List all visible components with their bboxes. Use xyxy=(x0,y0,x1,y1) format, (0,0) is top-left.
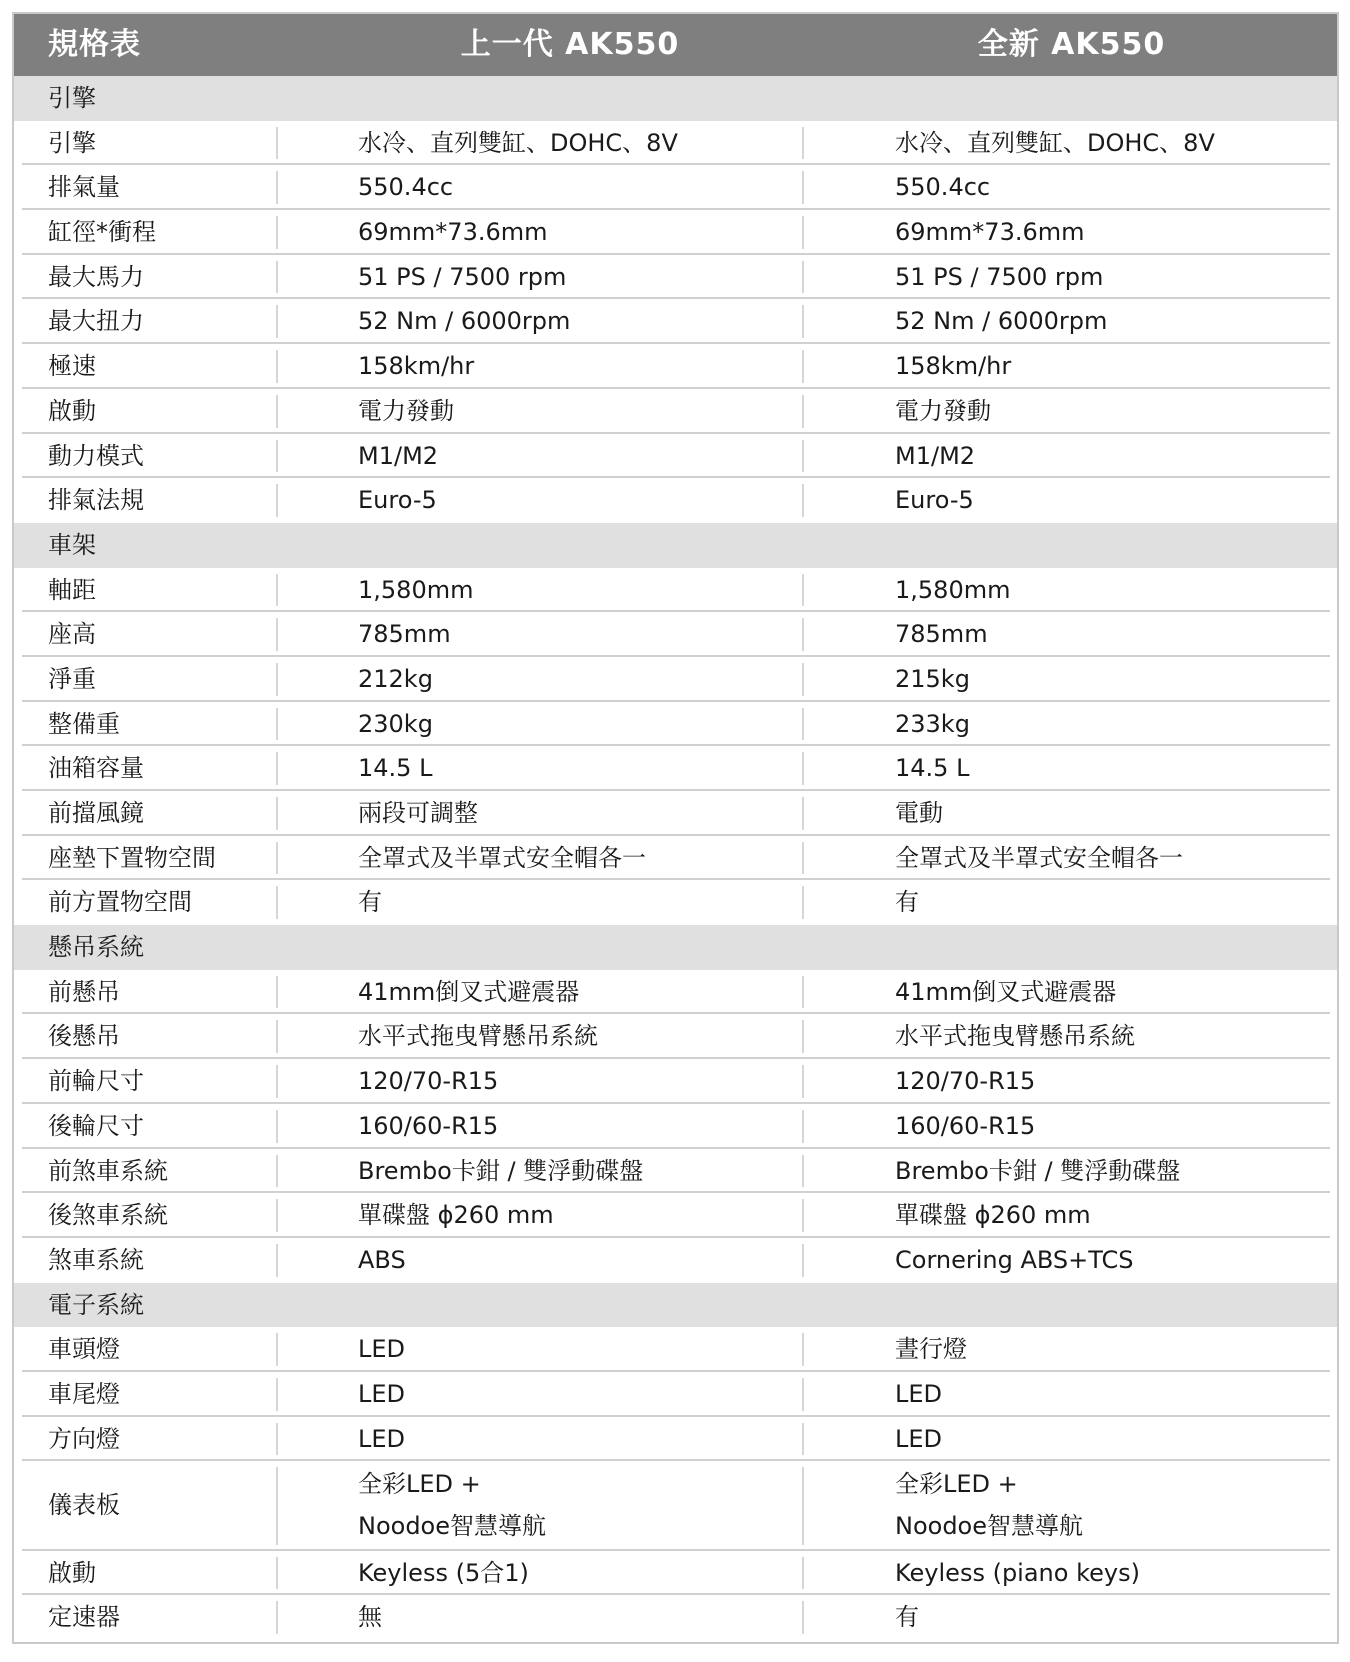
previous-model-value: LED xyxy=(358,1327,405,1371)
table-row: 淨重212kg215kg xyxy=(14,657,1337,702)
column-separator xyxy=(276,752,278,785)
spec-label: 後懸吊 xyxy=(48,1014,120,1058)
column-separator xyxy=(276,1110,278,1143)
column-separator xyxy=(802,350,804,383)
column-separator xyxy=(802,1601,804,1634)
spec-label: 定速器 xyxy=(48,1595,120,1639)
column-separator xyxy=(802,1155,804,1188)
new-model-value: 電力發動 xyxy=(895,389,991,433)
column-separator xyxy=(802,1467,804,1544)
column-separator xyxy=(276,216,278,249)
spec-label: 啟動 xyxy=(48,389,96,433)
column-separator xyxy=(276,1378,278,1411)
table-row: 車頭燈LED晝行燈 xyxy=(14,1327,1337,1372)
table-row: 整備重230kg233kg xyxy=(14,702,1337,747)
table-row: 座高785mm785mm xyxy=(14,612,1337,657)
column-separator xyxy=(276,261,278,294)
new-model-value: 52 Nm / 6000rpm xyxy=(895,299,1107,343)
column-separator xyxy=(802,618,804,651)
column-separator xyxy=(276,708,278,741)
previous-model-value: 單碟盤 ϕ260 mm xyxy=(358,1193,554,1237)
new-model-value: 158km/hr xyxy=(895,344,1011,388)
column-separator xyxy=(276,350,278,383)
column-separator xyxy=(802,127,804,160)
table-row: 前懸吊41mm倒叉式避震器41mm倒叉式避震器 xyxy=(14,970,1337,1015)
spec-label: 極速 xyxy=(48,344,96,388)
previous-model-value: Brembo卡鉗 / 雙浮動碟盤 xyxy=(358,1149,643,1193)
header-new-model: 全新 AK550 xyxy=(804,14,1339,76)
new-model-value: 全罩式及半罩式安全帽各一 xyxy=(895,836,1183,880)
spec-label: 煞車系統 xyxy=(48,1238,144,1282)
spec-label: 前輪尺寸 xyxy=(48,1059,144,1103)
column-separator xyxy=(802,752,804,785)
new-model-value: Euro-5 xyxy=(895,478,974,522)
spec-label: 淨重 xyxy=(48,657,96,701)
header-spec-label: 規格表 xyxy=(48,14,141,76)
new-model-value: Keyless (piano keys) xyxy=(895,1551,1140,1595)
previous-model-value: 水平式拖曳臂懸吊系統 xyxy=(358,1014,598,1058)
spec-label: 前懸吊 xyxy=(48,970,120,1014)
new-model-value: 69mm*73.6mm xyxy=(895,210,1085,254)
previous-model-value: LED xyxy=(358,1417,405,1461)
section-header: 引擎 xyxy=(14,76,1337,121)
column-separator xyxy=(802,1110,804,1143)
previous-model-value: 全罩式及半罩式安全帽各一 xyxy=(358,836,646,880)
column-separator xyxy=(276,886,278,919)
previous-model-value: 230kg xyxy=(358,702,433,746)
column-separator xyxy=(802,1199,804,1232)
table-row: 前方置物空間有有 xyxy=(14,880,1337,925)
spec-label: 方向燈 xyxy=(48,1417,120,1461)
previous-model-value: 52 Nm / 6000rpm xyxy=(358,299,570,343)
new-model-value: 1,580mm xyxy=(895,568,1010,612)
column-separator xyxy=(802,663,804,696)
value-line: Noodoe智慧導航 xyxy=(895,1505,1083,1547)
table-row: 後懸吊水平式拖曳臂懸吊系統水平式拖曳臂懸吊系統 xyxy=(14,1014,1337,1059)
new-model-value: 233kg xyxy=(895,702,970,746)
column-separator xyxy=(802,440,804,473)
table-header: 規格表 上一代 AK550 全新 AK550 xyxy=(14,14,1337,76)
column-separator xyxy=(802,171,804,204)
column-separator xyxy=(276,1333,278,1366)
previous-model-value: 兩段可調整 xyxy=(358,791,478,835)
column-separator xyxy=(802,261,804,294)
previous-model-value: 全彩LED +Noodoe智慧導航 xyxy=(358,1463,546,1547)
column-separator xyxy=(802,1333,804,1366)
column-separator xyxy=(276,1155,278,1188)
column-separator xyxy=(276,1423,278,1456)
previous-model-value: M1/M2 xyxy=(358,434,438,478)
new-model-value: 160/60-R15 xyxy=(895,1104,1035,1148)
value-line: Noodoe智慧導航 xyxy=(358,1505,546,1547)
column-separator xyxy=(276,976,278,1009)
spec-label: 缸徑*衝程 xyxy=(48,210,156,254)
previous-model-value: 785mm xyxy=(358,612,451,656)
previous-model-value: 14.5 L xyxy=(358,746,432,790)
previous-model-value: 電力發動 xyxy=(358,389,454,433)
column-separator xyxy=(276,395,278,428)
spec-label: 前擋風鏡 xyxy=(48,791,144,835)
new-model-value: 電動 xyxy=(895,791,943,835)
spec-label: 前方置物空間 xyxy=(48,880,192,924)
table-row: 排氣量550.4cc550.4cc xyxy=(14,165,1337,210)
column-separator xyxy=(802,395,804,428)
table-row: 前擋風鏡兩段可調整電動 xyxy=(14,791,1337,836)
new-model-value: 14.5 L xyxy=(895,746,969,790)
spec-label: 最大馬力 xyxy=(48,255,144,299)
column-separator xyxy=(276,797,278,830)
spec-label: 車尾燈 xyxy=(48,1372,120,1416)
new-model-value: Cornering ABS+TCS xyxy=(895,1238,1134,1282)
previous-model-value: 無 xyxy=(358,1595,382,1639)
previous-model-value: 212kg xyxy=(358,657,433,701)
column-separator xyxy=(802,1378,804,1411)
spec-label: 儀表板 xyxy=(48,1461,120,1550)
column-separator xyxy=(276,1199,278,1232)
column-separator xyxy=(802,1020,804,1053)
new-model-value: 有 xyxy=(895,1595,919,1639)
column-separator xyxy=(802,574,804,607)
column-separator xyxy=(276,127,278,160)
spec-label: 排氣量 xyxy=(48,165,120,209)
table-row: 前煞車系統Brembo卡鉗 / 雙浮動碟盤Brembo卡鉗 / 雙浮動碟盤 xyxy=(14,1149,1337,1194)
spec-label: 後輪尺寸 xyxy=(48,1104,144,1148)
header-previous-model: 上一代 AK550 xyxy=(274,14,866,76)
column-separator xyxy=(802,305,804,338)
table-row: 引擎水冷、直列雙缸、DOHC、8V水冷、直列雙缸、DOHC、8V xyxy=(14,121,1337,166)
previous-model-value: 550.4cc xyxy=(358,165,453,209)
table-row: 排氣法規Euro-5Euro-5 xyxy=(14,478,1337,523)
spec-label: 座墊下置物空間 xyxy=(48,836,216,880)
table-row: 儀表板全彩LED +Noodoe智慧導航全彩LED +Noodoe智慧導航 xyxy=(14,1461,1337,1550)
new-model-value: 215kg xyxy=(895,657,970,701)
value-line: 全彩LED + xyxy=(895,1463,1083,1505)
spec-label: 油箱容量 xyxy=(48,746,144,790)
column-separator xyxy=(276,1065,278,1098)
spec-table: 規格表 上一代 AK550 全新 AK550 引擎引擎水冷、直列雙缸、DOHC、… xyxy=(12,12,1339,1644)
new-model-value: 550.4cc xyxy=(895,165,990,209)
previous-model-value: ABS xyxy=(358,1238,406,1282)
table-row: 缸徑*衝程69mm*73.6mm69mm*73.6mm xyxy=(14,210,1337,255)
column-separator xyxy=(276,1244,278,1277)
section-title: 懸吊系統 xyxy=(48,925,144,969)
previous-model-value: 水冷、直列雙缸、DOHC、8V xyxy=(358,121,678,165)
section-header: 懸吊系統 xyxy=(14,925,1337,970)
column-separator xyxy=(276,842,278,875)
previous-model-value: 41mm倒叉式避震器 xyxy=(358,970,579,1014)
new-model-value: 全彩LED +Noodoe智慧導航 xyxy=(895,1463,1083,1547)
table-row: 最大馬力51 PS / 7500 rpm51 PS / 7500 rpm xyxy=(14,255,1337,300)
column-separator xyxy=(802,484,804,517)
column-separator xyxy=(276,618,278,651)
spec-label: 座高 xyxy=(48,612,96,656)
table-row: 車尾燈LEDLED xyxy=(14,1372,1337,1417)
column-separator xyxy=(802,1423,804,1456)
previous-model-value: 有 xyxy=(358,880,382,924)
column-separator xyxy=(802,216,804,249)
new-model-value: 785mm xyxy=(895,612,988,656)
spec-label: 動力模式 xyxy=(48,434,144,478)
column-separator xyxy=(802,1065,804,1098)
column-separator xyxy=(802,1244,804,1277)
previous-model-value: 69mm*73.6mm xyxy=(358,210,548,254)
spec-label: 整備重 xyxy=(48,702,120,746)
previous-model-value: 1,580mm xyxy=(358,568,473,612)
previous-model-value: 160/60-R15 xyxy=(358,1104,498,1148)
new-model-value: 單碟盤 ϕ260 mm xyxy=(895,1193,1091,1237)
column-separator xyxy=(276,1601,278,1634)
column-separator xyxy=(276,1557,278,1590)
column-separator xyxy=(276,574,278,607)
new-model-value: 水冷、直列雙缸、DOHC、8V xyxy=(895,121,1215,165)
table-row: 最大扭力52 Nm / 6000rpm52 Nm / 6000rpm xyxy=(14,299,1337,344)
new-model-value: LED xyxy=(895,1417,942,1461)
previous-model-value: Keyless (5合1) xyxy=(358,1551,529,1595)
table-row: 後輪尺寸160/60-R15160/60-R15 xyxy=(14,1104,1337,1149)
table-row: 後煞車系統單碟盤 ϕ260 mm單碟盤 ϕ260 mm xyxy=(14,1193,1337,1238)
spec-label: 啟動 xyxy=(48,1551,96,1595)
table-row: 啟動電力發動電力發動 xyxy=(14,389,1337,434)
column-separator xyxy=(802,842,804,875)
previous-model-value: 120/70-R15 xyxy=(358,1059,498,1103)
column-separator xyxy=(802,886,804,919)
spec-label: 前煞車系統 xyxy=(48,1149,168,1193)
new-model-value: LED xyxy=(895,1372,942,1416)
new-model-value: 120/70-R15 xyxy=(895,1059,1035,1103)
table-row: 軸距1,580mm1,580mm xyxy=(14,568,1337,613)
new-model-value: 有 xyxy=(895,880,919,924)
table-row: 座墊下置物空間全罩式及半罩式安全帽各一全罩式及半罩式安全帽各一 xyxy=(14,836,1337,881)
previous-model-value: Euro-5 xyxy=(358,478,437,522)
spec-label: 排氣法規 xyxy=(48,478,144,522)
column-separator xyxy=(802,797,804,830)
spec-label: 後煞車系統 xyxy=(48,1193,168,1237)
previous-model-value: 51 PS / 7500 rpm xyxy=(358,255,566,299)
column-separator xyxy=(802,976,804,1009)
new-model-value: Brembo卡鉗 / 雙浮動碟盤 xyxy=(895,1149,1180,1193)
section-title: 電子系統 xyxy=(48,1283,144,1327)
table-row: 油箱容量14.5 L14.5 L xyxy=(14,746,1337,791)
spec-label: 引擎 xyxy=(48,121,96,165)
column-separator xyxy=(276,305,278,338)
table-row: 方向燈LEDLED xyxy=(14,1417,1337,1462)
column-separator xyxy=(276,440,278,473)
spec-label: 車頭燈 xyxy=(48,1327,120,1371)
previous-model-value: LED xyxy=(358,1372,405,1416)
value-line: 全彩LED + xyxy=(358,1463,546,1505)
table-row: 前輪尺寸120/70-R15120/70-R15 xyxy=(14,1059,1337,1104)
column-separator xyxy=(276,1467,278,1544)
column-separator xyxy=(276,663,278,696)
table-row: 動力模式M1/M2M1/M2 xyxy=(14,434,1337,479)
table-row: 定速器無有 xyxy=(14,1595,1337,1640)
column-separator xyxy=(802,1557,804,1590)
table-row: 啟動Keyless (5合1)Keyless (piano keys) xyxy=(14,1551,1337,1596)
new-model-value: 41mm倒叉式避震器 xyxy=(895,970,1116,1014)
new-model-value: 水平式拖曳臂懸吊系統 xyxy=(895,1014,1135,1058)
section-title: 引擎 xyxy=(48,76,96,120)
column-separator xyxy=(276,171,278,204)
section-header: 車架 xyxy=(14,523,1337,568)
section-header: 電子系統 xyxy=(14,1283,1337,1328)
column-separator xyxy=(802,708,804,741)
spec-label: 軸距 xyxy=(48,568,96,612)
new-model-value: M1/M2 xyxy=(895,434,975,478)
table-row: 煞車系統ABSCornering ABS+TCS xyxy=(14,1238,1337,1283)
new-model-value: 51 PS / 7500 rpm xyxy=(895,255,1103,299)
section-title: 車架 xyxy=(48,523,96,567)
table-body: 引擎引擎水冷、直列雙缸、DOHC、8V水冷、直列雙缸、DOHC、8V排氣量550… xyxy=(14,76,1337,1640)
new-model-value: 晝行燈 xyxy=(895,1327,967,1371)
column-separator xyxy=(276,484,278,517)
spec-label: 最大扭力 xyxy=(48,299,144,343)
previous-model-value: 158km/hr xyxy=(358,344,474,388)
column-separator xyxy=(276,1020,278,1053)
table-row: 極速158km/hr158km/hr xyxy=(14,344,1337,389)
